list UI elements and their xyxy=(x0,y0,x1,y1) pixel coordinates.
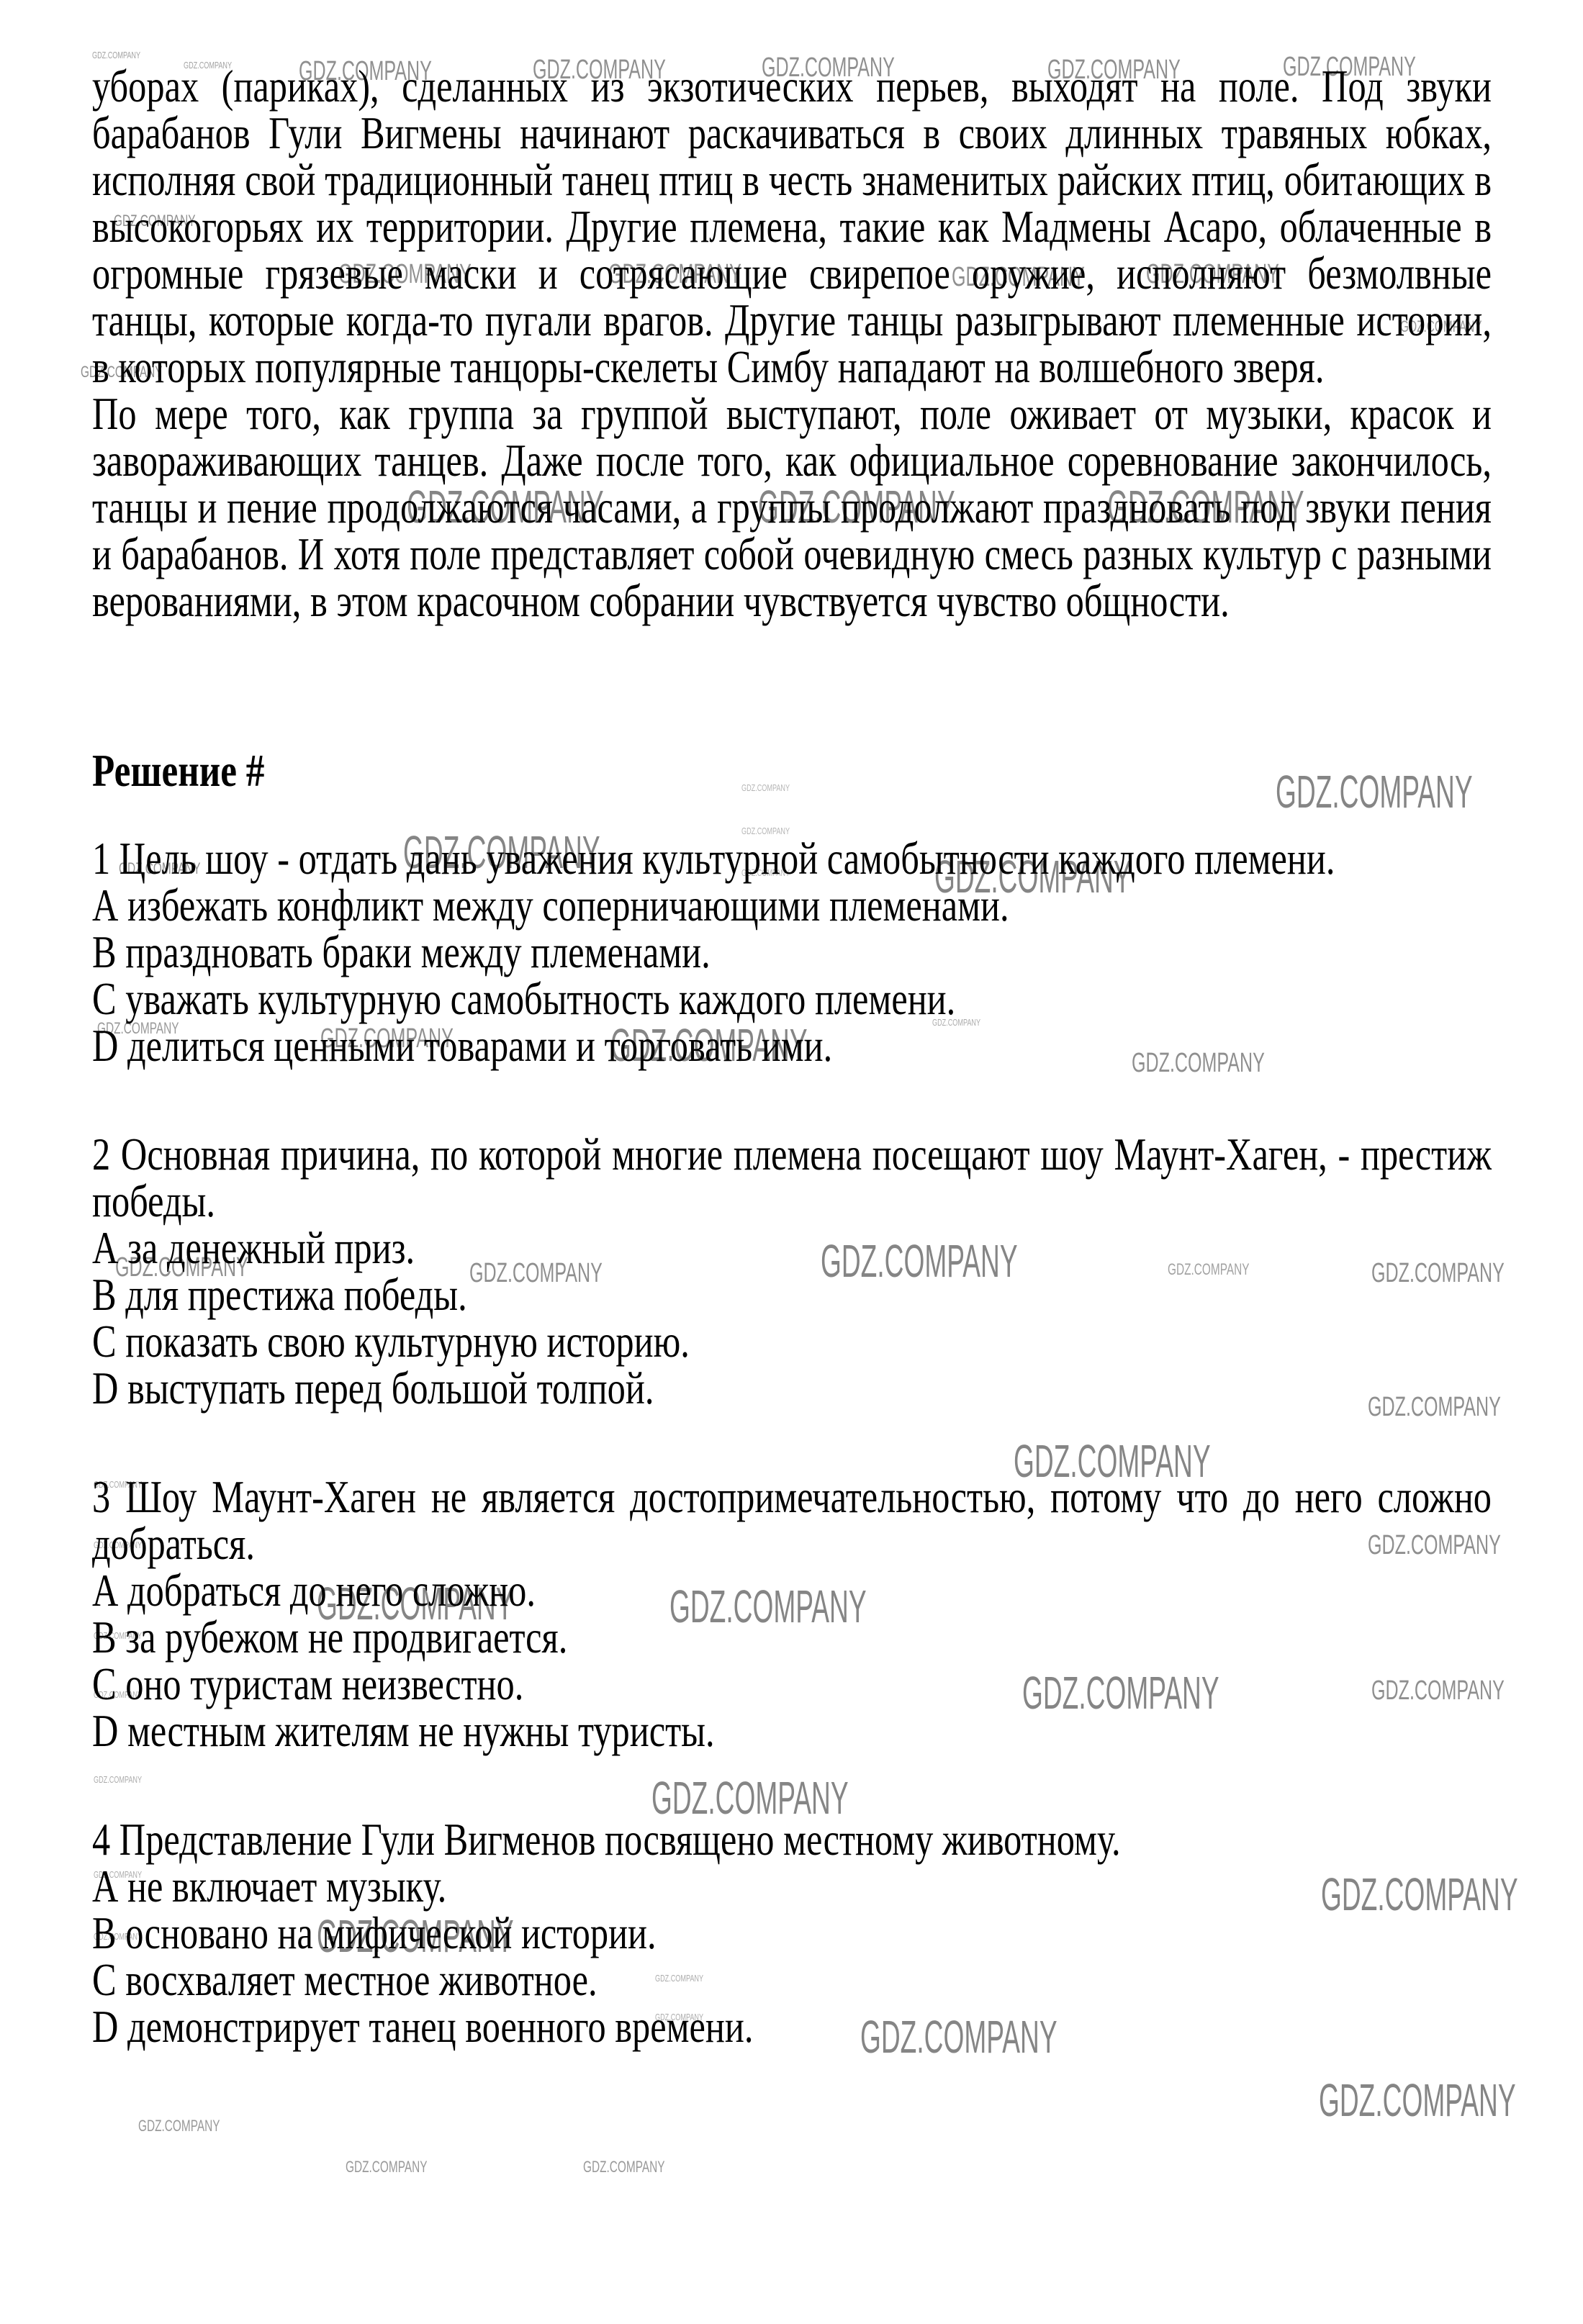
answer-option: А добраться до него сложно. xyxy=(92,1568,1492,1614)
answer-option: D местным жителям не нужны туристы. xyxy=(92,1708,1492,1755)
answer-option: В за рубежом не продвигается. xyxy=(92,1614,1492,1661)
watermark-text: GDZ.COMPANY xyxy=(346,2159,428,2175)
article-text: уборах (париках), сделанных из экзотичес… xyxy=(92,63,1492,625)
question-block: 4 Представление Гули Вигменов посвящено … xyxy=(92,1817,1492,2051)
answer-option: А не включает музыку. xyxy=(92,1863,1492,1910)
answer-option: В для престижа победы. xyxy=(92,1272,1492,1319)
document-page: GDZ.COMPANYGDZ.COMPANYGDZ.COMPANYGDZ.COM… xyxy=(0,0,1583,2324)
question-text: 2 Основная причина, по которой многие пл… xyxy=(92,1131,1492,1225)
question-text: 1 Цель шоу - отдать дань уважения культу… xyxy=(92,836,1492,882)
answer-option: D делиться ценными товарами и торговать … xyxy=(92,1023,1492,1070)
answer-option: С показать свою культурную историю. xyxy=(92,1319,1492,1365)
watermark-text: GDZ.COMPANY xyxy=(138,2118,220,2134)
answer-option: С оно туристам неизвестно. xyxy=(92,1661,1492,1708)
answer-option: А избежать конфликт между соперничающими… xyxy=(92,882,1492,929)
question-text: 4 Представление Гули Вигменов посвящено … xyxy=(92,1817,1492,1863)
text-column: уборах (париках), сделанных из экзотичес… xyxy=(92,63,1492,2051)
answer-option: В праздновать браки между племенами. xyxy=(92,929,1492,976)
answer-option: D демонстрирует танец военного времени. xyxy=(92,2004,1492,2051)
question-block: 2 Основная причина, по которой многие пл… xyxy=(92,1131,1492,1412)
answer-option: С уважать культурную самобытность каждог… xyxy=(92,976,1492,1023)
questions-list: 1 Цель шоу - отдать дань уважения культу… xyxy=(92,836,1492,2051)
watermark-text: GDZ.COMPANY xyxy=(92,50,140,60)
question-block: 1 Цель шоу - отдать дань уважения культу… xyxy=(92,836,1492,1070)
text-squeeze-wrapper: уборах (париках), сделанных из экзотичес… xyxy=(92,63,1492,2051)
answer-option: D выступать перед большой толпой. xyxy=(92,1365,1492,1412)
answer-option: А за денежный приз. xyxy=(92,1225,1492,1272)
question-block: 3 Шоу Маунт-Хаген не является достоприме… xyxy=(92,1474,1492,1755)
answer-option: С восхваляет местное животное. xyxy=(92,1957,1492,2004)
watermark-text: GDZ.COMPANY xyxy=(1319,2077,1516,2123)
solution-heading: Решение # xyxy=(92,747,1492,794)
article-paragraph: По мере того, как группа за группой выст… xyxy=(92,391,1492,625)
answer-option: В основано на мифической истории. xyxy=(92,1910,1492,1957)
question-text: 3 Шоу Маунт-Хаген не является достоприме… xyxy=(92,1474,1492,1568)
article-paragraph: уборах (париках), сделанных из экзотичес… xyxy=(92,63,1492,391)
watermark-text: GDZ.COMPANY xyxy=(583,2159,665,2175)
